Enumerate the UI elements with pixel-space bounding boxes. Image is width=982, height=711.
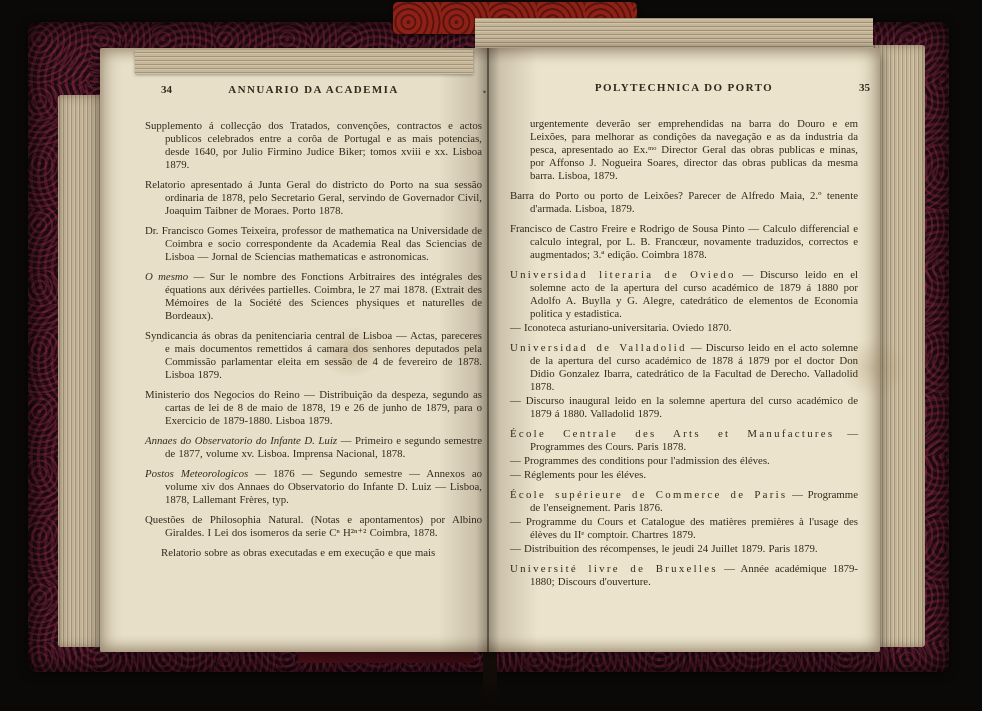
entry-text: urgentemente deverão ser emprehendidas n… [530, 118, 858, 182]
entry-text: Supplemento á collecção dos Tratados, co… [145, 120, 482, 171]
header-mark: • [483, 86, 486, 99]
entry-lead: Universidad de Valladolid [510, 342, 687, 354]
bibliography-entry: — Discurso inaugural leido en la solemne… [510, 395, 858, 421]
bibliography-entry: Syndicancia ás obras da penitenciaria ce… [145, 330, 482, 382]
cover-bottom-edge [298, 651, 474, 663]
page-edges-top-left [135, 50, 473, 74]
entry-text: — Programmes des conditions pour l'admis… [510, 455, 770, 467]
bibliography-entry: Francisco de Castro Freire e Rodrigo de … [510, 223, 858, 262]
bibliography-entry: — Distribuition des récompenses, le jeud… [510, 543, 858, 556]
bibliography-entry: — Programmes des conditions pour l'admis… [510, 455, 858, 468]
bibliography-entry: Ministerio dos Negocios do Reino — Distr… [145, 389, 482, 428]
running-title-right: POLYTECHNICA DO PORTO [595, 82, 773, 94]
left-page: 34 ANNUARIO DA ACADEMIA • Supplemento á … [145, 84, 482, 560]
bibliography-entry: Questões de Philosophia Natural. (Notas … [145, 514, 482, 540]
entry-lead: Universidad literaria de Oviedo [510, 269, 736, 281]
gutter-line [487, 48, 489, 652]
bibliography-entries-right: urgentemente deverão ser emprehendidas n… [510, 118, 858, 589]
bibliography-entry: École supérieure de Commerce de Paris — … [510, 489, 858, 515]
right-page: POLYTECHNICA DO PORTO 35 urgentemente de… [510, 82, 858, 589]
left-page-header: 34 ANNUARIO DA ACADEMIA • [145, 84, 482, 99]
entry-text: Relatorio apresentado á Junta Geral do d… [145, 179, 482, 217]
bibliography-entry: École Centrale des Arts et Manufactures … [510, 428, 858, 454]
spine-tail [483, 650, 497, 708]
bibliography-entry: Supplemento á collecção dos Tratados, co… [145, 120, 482, 172]
bibliography-entry: urgentemente deverão ser emprehendidas n… [510, 118, 858, 183]
bibliography-entry: Universidad literaria de Oviedo — Discur… [510, 269, 858, 321]
entry-text: Syndicancia ás obras da penitenciaria ce… [145, 330, 482, 381]
open-book-spread: 34 ANNUARIO DA ACADEMIA • Supplemento á … [100, 48, 880, 652]
bibliography-entry: Postos Meteorologicos — 1876 — Segundo s… [145, 468, 482, 507]
entry-lead: O mesmo [145, 271, 188, 283]
right-page-header: POLYTECHNICA DO PORTO 35 [510, 82, 858, 97]
running-title-left: ANNUARIO DA ACADEMIA [228, 84, 398, 96]
bibliography-entry: Relatorio apresentado á Junta Geral do d… [145, 179, 482, 218]
page-number-right: 35 [859, 82, 870, 95]
entry-text: Francisco de Castro Freire e Rodrigo de … [510, 223, 858, 261]
entry-text: — Distribuition des récompenses, le jeud… [510, 543, 818, 555]
bibliography-entry: — Programme du Cours et Catalogue des ma… [510, 516, 858, 542]
bibliography-entry: Universidad de Valladolid — Discurso lei… [510, 342, 858, 394]
bibliography-entry: Barra do Porto ou porto de Leixões? Pare… [510, 190, 858, 216]
bibliography-entry: Université livre de Bruxelles — Année ac… [510, 563, 858, 589]
entry-text: Ministerio dos Negocios do Reino — Distr… [145, 389, 482, 427]
bibliography-entry: Dr. Francisco Gomes Teixeira, professor … [145, 225, 482, 264]
entry-text: — Sur le nombre des Fonctions Arbitraire… [165, 271, 482, 322]
page-number-left: 34 [161, 84, 172, 97]
entry-lead: École supérieure de Commerce de Paris [510, 489, 787, 501]
bibliography-entry: — Réglements pour les éléves. [510, 469, 858, 482]
entry-text: Relatorio sobre as obras executadas e em… [161, 547, 435, 559]
bibliography-entries-left: Supplemento á collecção dos Tratados, co… [145, 120, 482, 560]
entry-lead: École Centrale des Arts et Manufactures [510, 428, 834, 440]
bibliography-entry: Relatorio sobre as obras executadas e em… [145, 547, 482, 560]
entry-lead: Université livre de Bruxelles [510, 563, 718, 575]
entry-text: Dr. Francisco Gomes Teixeira, professor … [145, 225, 482, 263]
page-edges-top-right [475, 18, 873, 48]
entry-text: — Programme du Cours et Catalogue des ma… [510, 516, 858, 541]
entry-text: Questões de Philosophia Natural. (Notas … [145, 514, 482, 539]
entry-text: — Discurso inaugural leido en la solemne… [510, 395, 858, 420]
bibliography-entry: — Iconoteca asturiano-universitaria. Ovi… [510, 322, 858, 335]
entry-text: Barra do Porto ou porto de Leixões? Pare… [510, 190, 858, 215]
entry-lead: Postos Meteorologicos [145, 468, 248, 480]
book-scan: 34 ANNUARIO DA ACADEMIA • Supplemento á … [0, 0, 982, 711]
entry-text: — Iconoteca asturiano-universitaria. Ovi… [510, 322, 731, 334]
entry-text: — Réglements pour les éléves. [510, 469, 646, 481]
entry-lead: Annaes do Observatorio do Infante D. Lui… [145, 435, 337, 447]
bibliography-entry: Annaes do Observatorio do Infante D. Lui… [145, 435, 482, 461]
bibliography-entry: O mesmo — Sur le nombre des Fonctions Ar… [145, 271, 482, 323]
